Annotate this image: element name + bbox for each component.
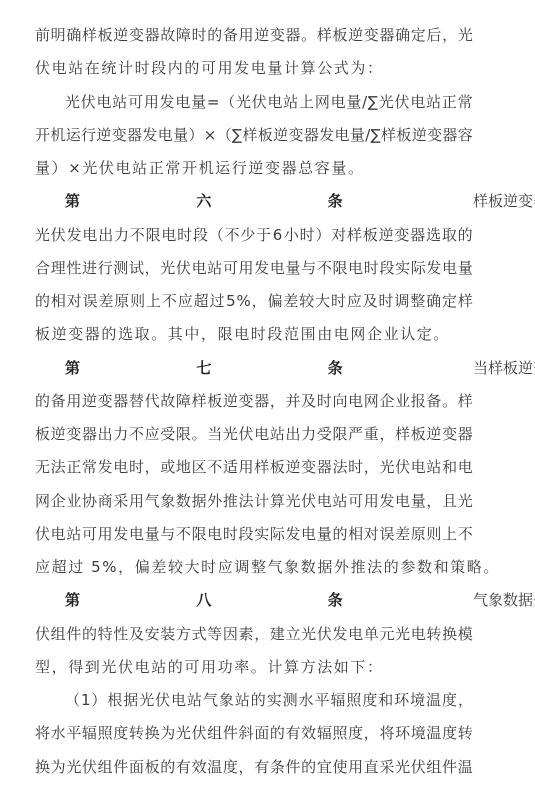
- article-number: 第六条: [65, 192, 459, 210]
- line-text: 光伏电站可用发电量=（光伏电站上网电量/∑光伏电站正常: [65, 86, 473, 119]
- line-text: 光伏发电出力不限电时段（不少于 6 小时）对样板逆变器选取的: [35, 219, 473, 252]
- article-number: 第八条: [65, 591, 459, 609]
- text-line: 量）×光伏电站正常开机运行逆变器总容量。: [35, 152, 473, 185]
- text-line: 板逆变器的选取。其中，限电时段范围由电网企业认定。: [35, 318, 473, 351]
- text-line: 板逆变器出力不应受限。当光伏电站出力受限严重，样板逆变器: [35, 418, 473, 451]
- line-text: 量）×光伏电站正常开机运行逆变器总容量。: [35, 159, 365, 177]
- line-text: 型，得到光伏电站的可用功率。计算方法如下：: [35, 658, 384, 676]
- line-text: 板逆变器出力不应受限。当光伏电站出力受限严重，样板逆变器: [35, 418, 473, 451]
- line-text: 的备用逆变器替代故障样板逆变器，并及时向电网企业报备。样: [35, 385, 473, 418]
- line-text: 伏电站可用发电量与不限电时段实际发电量的相对误差原则上不: [35, 518, 473, 551]
- article-heading-line: 第七条当样板逆变器发生故障时，光伏电站采用提前确定: [35, 352, 473, 385]
- text-line: 无法正常发电时，或地区不适用样板逆变器法时，光伏电站和电: [35, 451, 473, 484]
- line-text: 的相对误差原则上不应超过 5%，偏差较大时应及时调整确定样: [35, 285, 473, 318]
- article-heading-line: 第八条气象数据外推法应综合考虑光伏电站位置、不同光: [35, 584, 473, 617]
- text-line: （1）根据光伏电站气象站的实测水平辐照度和环境温度，: [35, 684, 473, 717]
- line-text: 应超过 5%，偏差较大时应调整气象数据外推法的参数和策略。: [35, 558, 500, 576]
- text-line: 的备用逆变器替代故障样板逆变器，并及时向电网企业报备。样: [35, 385, 473, 418]
- line-text: 合理性进行测试，光伏电站可用发电量与不限电时段实际发电量: [35, 252, 473, 285]
- line-text: 将水平辐照度转换为光伏组件斜面的有效辐照度，将环境温度转: [35, 717, 473, 750]
- text-line: 伏电站在统计时段内的可用发电量计算公式为：: [35, 52, 473, 85]
- text-line: 将水平辐照度转换为光伏组件斜面的有效辐照度，将环境温度转: [35, 717, 473, 750]
- article-heading-line: 第六条样板逆变器确定后，电网企业和光伏电站应定期在: [35, 185, 473, 218]
- text-line: 光伏电站可用发电量=（光伏电站上网电量/∑光伏电站正常: [35, 86, 473, 119]
- text-line: 应超过 5%，偏差较大时应调整气象数据外推法的参数和策略。: [35, 551, 473, 584]
- text-line: 光伏发电出力不限电时段（不少于 6 小时）对样板逆变器选取的: [35, 219, 473, 252]
- line-text: 无法正常发电时，或地区不适用样板逆变器法时，光伏电站和电: [35, 451, 473, 484]
- line-text: （1）根据光伏电站气象站的实测水平辐照度和环境温度，: [65, 684, 473, 717]
- text-line: 合理性进行测试，光伏电站可用发电量与不限电时段实际发电量: [35, 252, 473, 285]
- text-line: 伏电站可用发电量与不限电时段实际发电量的相对误差原则上不: [35, 518, 473, 551]
- text-line: 换为光伏组件面板的有效温度，有条件的宜使用直采光伏组件温: [35, 751, 473, 784]
- line-text: 换为光伏组件面板的有效温度，有条件的宜使用直采光伏组件温: [35, 751, 473, 784]
- text-line: 伏组件的特性及安装方式等因素，建立光伏发电单元光电转换模: [35, 618, 473, 651]
- line-text: 前明确样板逆变器故障时的备用逆变器。样板逆变器确定后，光: [35, 19, 473, 52]
- line-text: 伏组件的特性及安装方式等因素，建立光伏发电单元光电转换模: [35, 618, 473, 651]
- document-page: 前明确样板逆变器故障时的备用逆变器。样板逆变器确定后，光伏电站在统计时段内的可用…: [35, 19, 473, 784]
- text-line: 网企业协商采用气象数据外推法计算光伏电站可用发电量，且光: [35, 485, 473, 518]
- line-text: 板逆变器的选取。其中，限电时段范围由电网企业认定。: [35, 325, 450, 343]
- text-line: 型，得到光伏电站的可用功率。计算方法如下：: [35, 651, 473, 684]
- text-line: 开机运行逆变器发电量）×（∑样板逆变器发电量/∑样板逆变器容: [35, 119, 473, 152]
- text-line: 的相对误差原则上不应超过 5%，偏差较大时应及时调整确定样: [35, 285, 473, 318]
- article-number: 第七条: [65, 359, 459, 377]
- line-text: 网企业协商采用气象数据外推法计算光伏电站可用发电量，且光: [35, 485, 473, 518]
- line-text: 开机运行逆变器发电量）×（∑样板逆变器发电量/∑样板逆变器容: [35, 119, 473, 152]
- text-line: 前明确样板逆变器故障时的备用逆变器。样板逆变器确定后，光: [35, 19, 473, 52]
- line-text: 伏电站在统计时段内的可用发电量计算公式为：: [35, 59, 384, 77]
